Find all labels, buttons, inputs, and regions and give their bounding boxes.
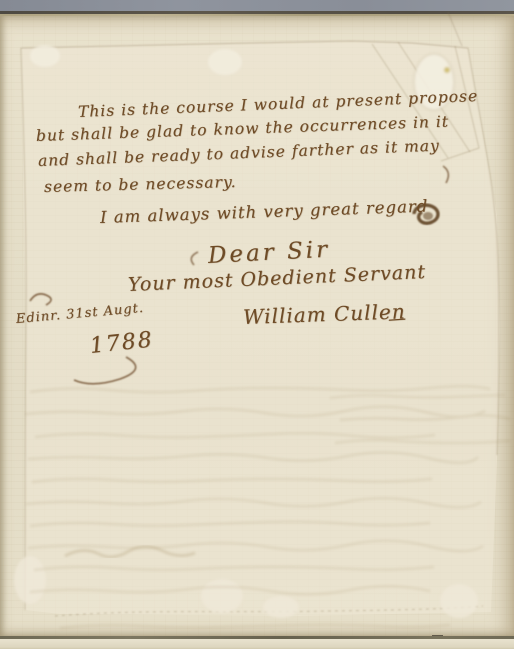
place-date-line: Edinr. 31st Augt.: [15, 301, 144, 327]
signature: William Cullen: [243, 299, 406, 329]
letter-text: This is the course I would at present pr…: [0, 0, 514, 649]
manuscript-scan: This is the course I would at present pr…: [0, 0, 514, 649]
valediction-line: I am always with very great regard: [100, 197, 429, 227]
closing-line: Your most Obedient Servant: [128, 261, 427, 296]
signature-flourish: —: [387, 308, 407, 330]
body-line-4: seem to be necessary.: [44, 173, 237, 196]
year-line: 1788: [89, 327, 155, 359]
album-page-below-fold: [0, 639, 514, 649]
salutation-line: Dear Sir: [207, 237, 330, 269]
